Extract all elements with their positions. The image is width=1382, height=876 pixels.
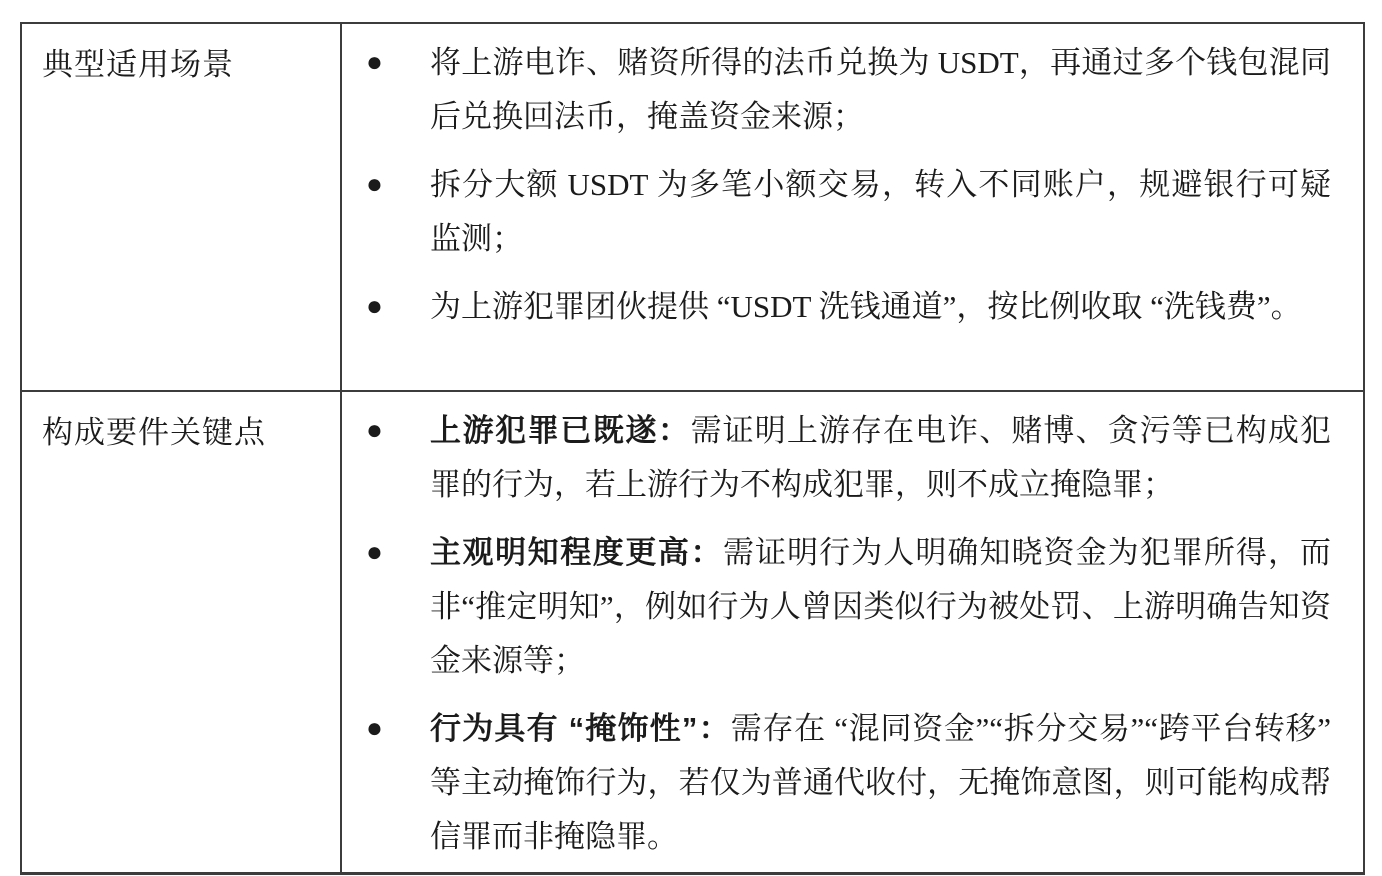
row-label-cell: 构成要件关键点 — [21, 391, 341, 874]
list-item-lead: 行为具有 “掩饰性”： — [430, 711, 731, 746]
list-item: ● 行为具有 “掩饰性”：需存在 “混同资金”“拆分交易”“跨平台转移” 等主动… — [364, 702, 1331, 864]
list-item-text: 主观明知程度更高：需证明行为人明确知晓资金为犯罪所得，而非“推定明知”，例如行为… — [430, 526, 1331, 688]
bullet-icon: ● — [364, 36, 430, 90]
list-item-body: 拆分大额 USDT 为多笔小额交易，转入不同账户，规避银行可疑监测； — [430, 167, 1331, 256]
list-item: ● 拆分大额 USDT 为多笔小额交易，转入不同账户，规避银行可疑监测； — [364, 158, 1331, 266]
table-row-scenarios: 典型适用场景 ● 将上游电诈、赌资所得的法币兑换为 USDT，再通过多个钱包混同… — [21, 23, 1364, 391]
list-item-body: 将上游电诈、赌资所得的法币兑换为 USDT，再通过多个钱包混同后兑换回法币，掩盖… — [430, 45, 1331, 134]
row-header: 构成要件关键点 — [42, 415, 266, 450]
bullet-icon: ● — [364, 526, 430, 580]
list-item-lead: 上游犯罪已既遂： — [430, 413, 691, 448]
bullet-icon: ● — [364, 280, 430, 334]
list-item-text: 拆分大额 USDT 为多笔小额交易，转入不同账户，规避银行可疑监测； — [430, 158, 1331, 266]
bullet-icon: ● — [364, 404, 430, 458]
list-item: ● 为上游犯罪团伙提供 “USDT 洗钱通道”，按比例收取 “洗钱费”。 — [364, 280, 1331, 334]
list-item-text: 上游犯罪已既遂：需证明上游存在电诈、赌博、贪污等已构成犯罪的行为，若上游行为不构… — [430, 404, 1331, 512]
bullet-icon: ● — [364, 702, 430, 756]
document-page: 典型适用场景 ● 将上游电诈、赌资所得的法币兑换为 USDT，再通过多个钱包混同… — [0, 0, 1382, 876]
list-item-lead: 主观明知程度更高： — [430, 535, 723, 570]
row-content-cell: ● 上游犯罪已既遂：需证明上游存在电诈、赌博、贪污等已构成犯罪的行为，若上游行为… — [341, 391, 1364, 874]
list-item: ● 主观明知程度更高：需证明行为人明确知晓资金为犯罪所得，而非“推定明知”，例如… — [364, 526, 1331, 688]
list-item: ● 上游犯罪已既遂：需证明上游存在电诈、赌博、贪污等已构成犯罪的行为，若上游行为… — [364, 404, 1331, 512]
table-row-key-points: 构成要件关键点 ● 上游犯罪已既遂：需证明上游存在电诈、赌博、贪污等已构成犯罪的… — [21, 391, 1364, 874]
list-item-text: 将上游电诈、赌资所得的法币兑换为 USDT，再通过多个钱包混同后兑换回法币，掩盖… — [430, 36, 1331, 144]
row-header: 典型适用场景 — [42, 47, 234, 82]
row-label-cell: 典型适用场景 — [21, 23, 341, 391]
list-item-body: 为上游犯罪团伙提供 “USDT 洗钱通道”，按比例收取 “洗钱费”。 — [430, 289, 1302, 324]
bullet-icon: ● — [364, 158, 430, 212]
row-content-cell: ● 将上游电诈、赌资所得的法币兑换为 USDT，再通过多个钱包混同后兑换回法币，… — [341, 23, 1364, 391]
list-item-text: 为上游犯罪团伙提供 “USDT 洗钱通道”，按比例收取 “洗钱费”。 — [430, 280, 1331, 334]
criteria-table: 典型适用场景 ● 将上游电诈、赌资所得的法币兑换为 USDT，再通过多个钱包混同… — [20, 22, 1365, 875]
list-item: ● 将上游电诈、赌资所得的法币兑换为 USDT，再通过多个钱包混同后兑换回法币，… — [364, 36, 1331, 144]
list-item-text: 行为具有 “掩饰性”：需存在 “混同资金”“拆分交易”“跨平台转移” 等主动掩饰… — [430, 702, 1331, 864]
